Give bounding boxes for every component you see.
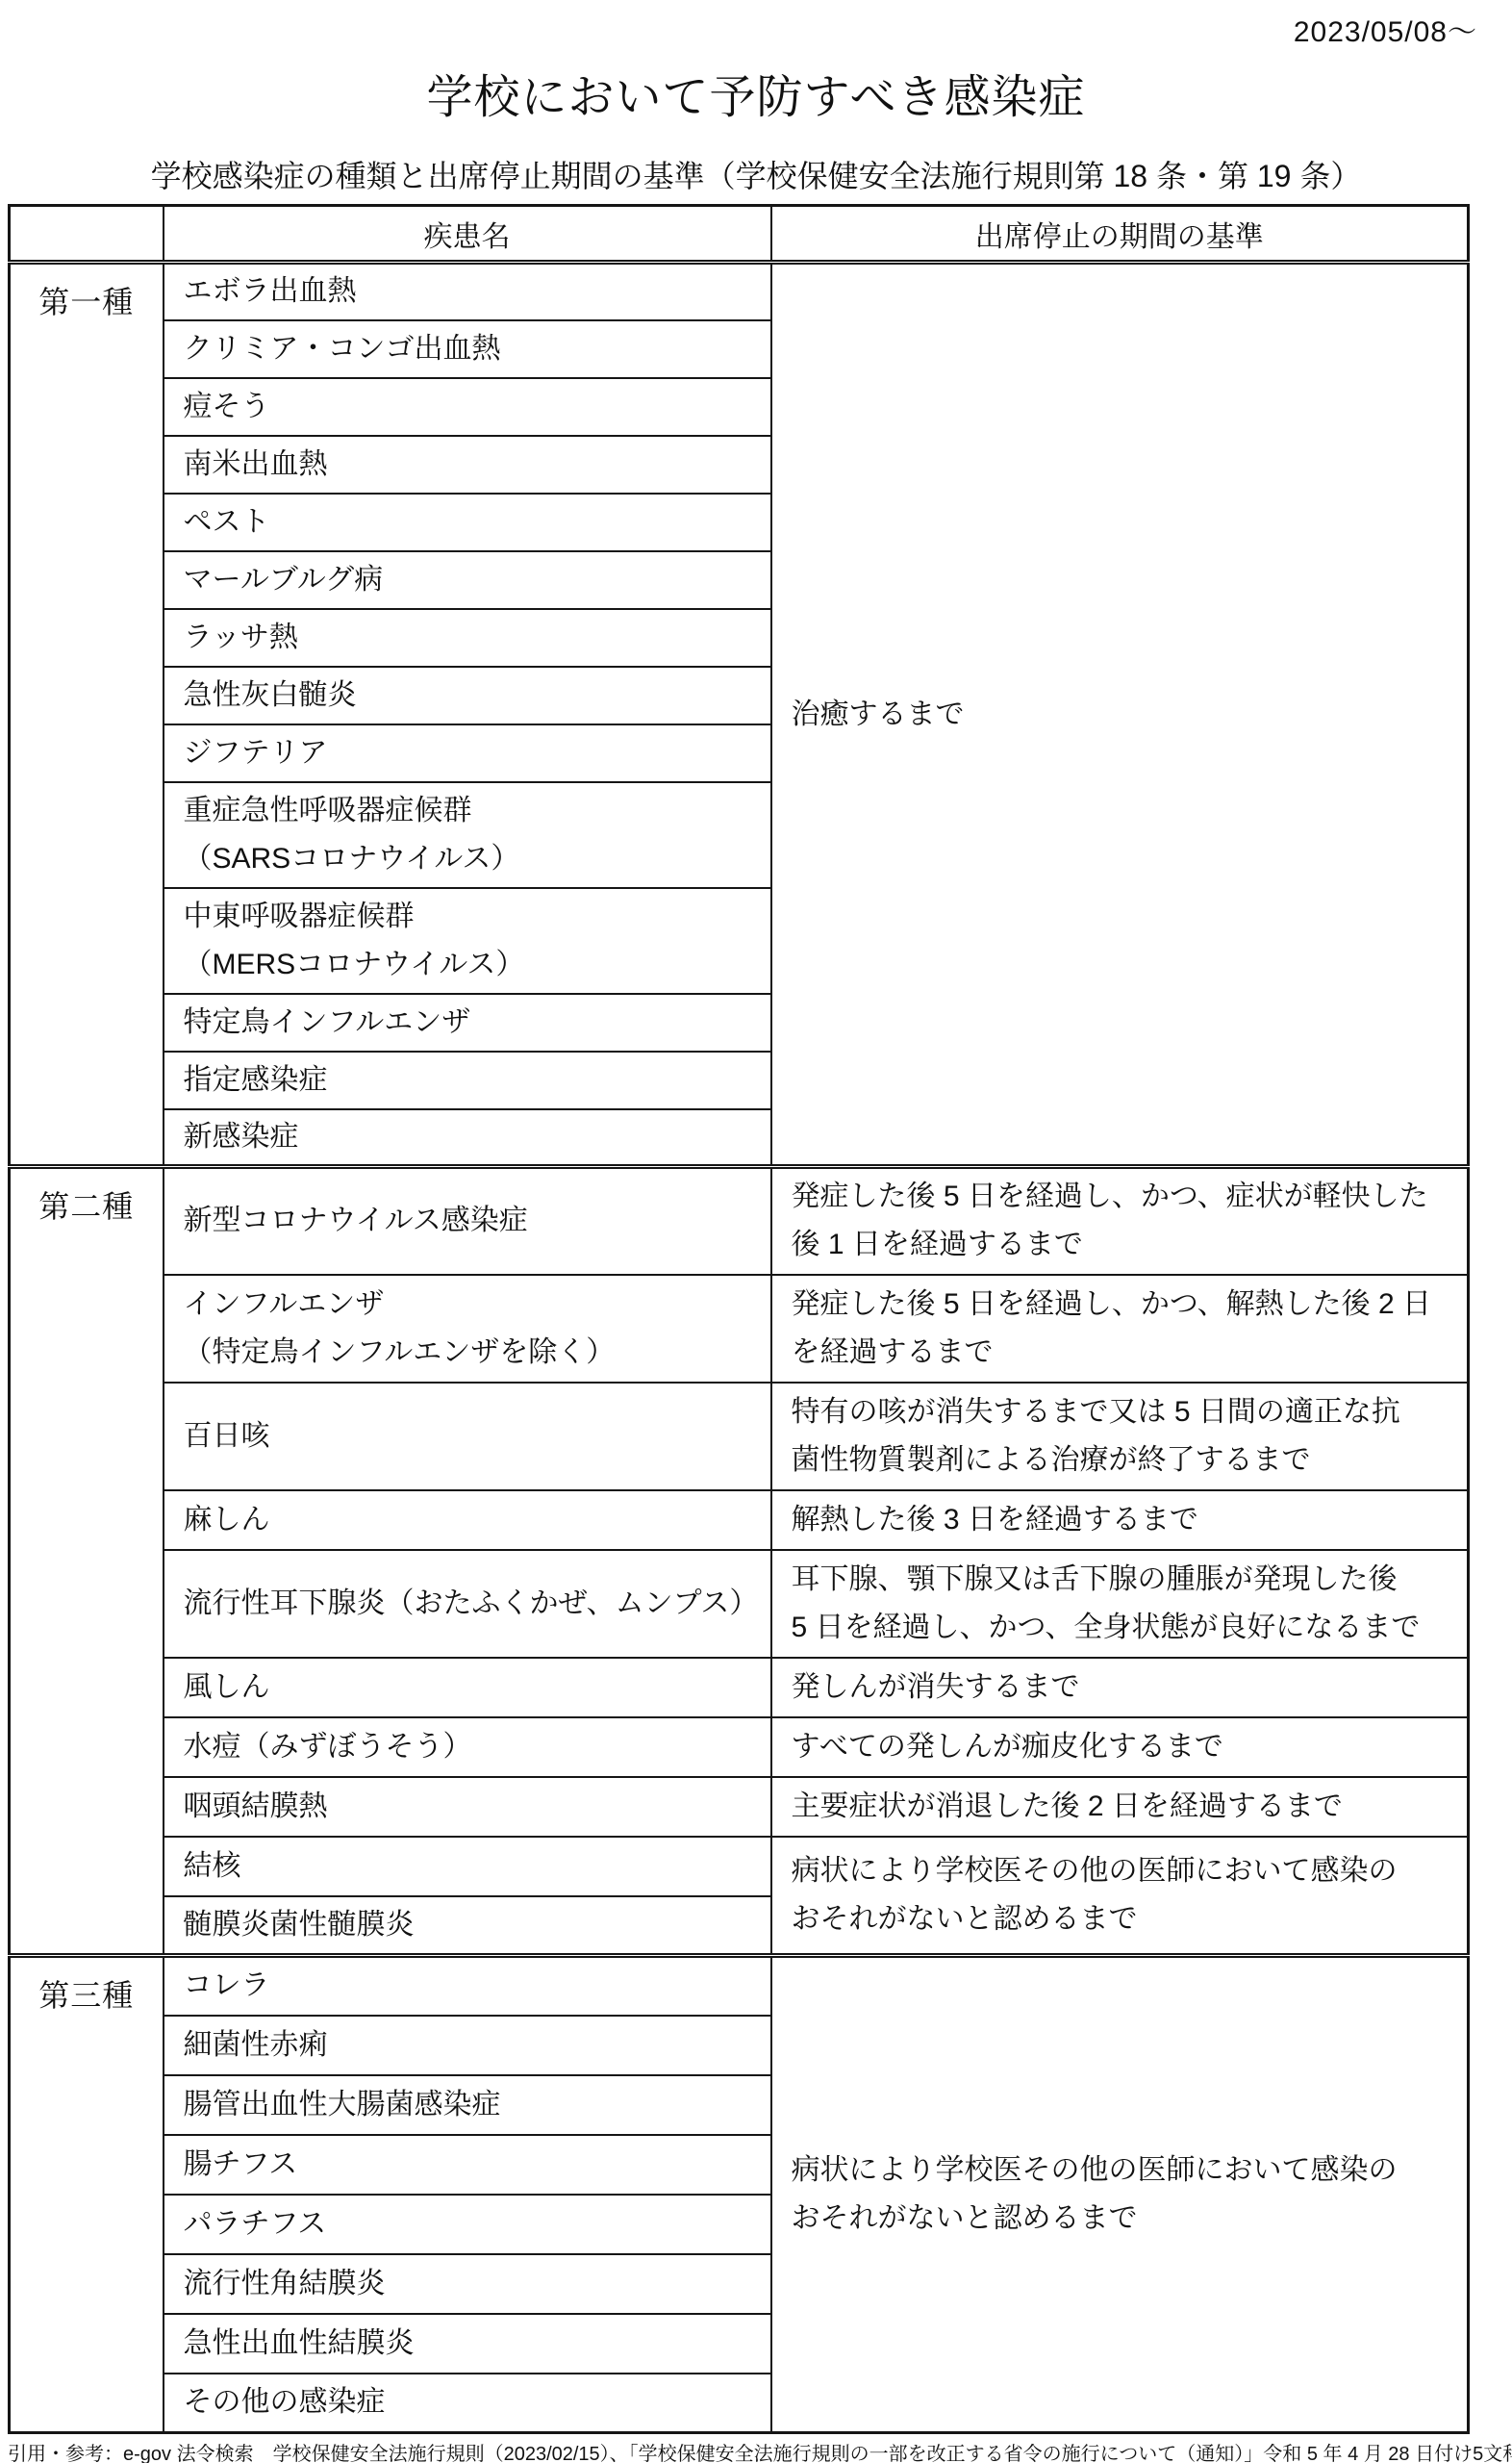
criteria-cell: 病状により学校医その他の医師において感染のおそれがないと認めるまで bbox=[771, 1956, 1469, 2433]
disease-name-line: 重症急性呼吸器症候群 bbox=[184, 787, 770, 835]
disease-cell: 重症急性呼吸器症候群（SARSコロナウイルス） bbox=[164, 782, 771, 888]
criteria-line: 主要症状が消退した後 2 日を経過するまで bbox=[792, 1783, 1462, 1831]
disease-cell: 咽頭結膜熱 bbox=[164, 1777, 771, 1837]
col-header-category bbox=[10, 206, 164, 263]
disease-name-line: 腸管出血性大腸菌感染症 bbox=[184, 2081, 770, 2129]
disease-cell: 南米出血熱 bbox=[164, 436, 771, 494]
disease-cell: 痘そう bbox=[164, 378, 771, 436]
table-row: 第二種新型コロナウイルス感染症発症した後 5 日を経過し、かつ、症状が軽快した後… bbox=[10, 1167, 1469, 1275]
disease-cell: 流行性耳下腺炎（おたふくかぜ、ムンプス） bbox=[164, 1550, 771, 1658]
disease-name-line: インフルエンザ bbox=[184, 1281, 770, 1329]
disease-name-line: パラチフス bbox=[184, 2200, 770, 2248]
disease-cell: 細菌性赤痢 bbox=[164, 2016, 771, 2075]
disease-cell: 結核 bbox=[164, 1837, 771, 1896]
table-row: 咽頭結膜熱主要症状が消退した後 2 日を経過するまで bbox=[10, 1777, 1469, 1837]
disease-cell: 風しん bbox=[164, 1658, 771, 1717]
disease-name-line: 新型コロナウイルス感染症 bbox=[184, 1197, 770, 1245]
disease-name-line: マールブルグ病 bbox=[184, 556, 770, 604]
criteria-cell: 発症した後 5 日を経過し、かつ、症状が軽快した後 1 日を経過するまで bbox=[771, 1167, 1469, 1275]
table-row: 流行性耳下腺炎（おたふくかぜ、ムンプス）耳下腺、顎下腺又は舌下腺の腫脹が発現した… bbox=[10, 1550, 1469, 1658]
citation: 引用・参考：e-gov 法令検索 学校保健安全法施行規則（2023/02/15）… bbox=[8, 2438, 1506, 2463]
disease-cell: ジフテリア bbox=[164, 724, 771, 782]
criteria-cell: 発しんが消失するまで bbox=[771, 1658, 1469, 1717]
table-row: 百日咳特有の咳が消失するまで又は 5 日間の適正な抗菌性物質製剤による治療が終了… bbox=[10, 1383, 1469, 1490]
disease-name-line: 流行性耳下腺炎（おたふくかぜ、ムンプス） bbox=[184, 1580, 770, 1628]
disease-name-line: 麻しん bbox=[184, 1496, 770, 1544]
criteria-line: 発症した後 5 日を経過し、かつ、解熱した後 2 日 bbox=[792, 1281, 1462, 1329]
disease-name-line: 指定感染症 bbox=[184, 1056, 770, 1105]
disease-cell: 麻しん bbox=[164, 1490, 771, 1550]
criteria-line: 解熱した後 3 日を経過するまで bbox=[792, 1496, 1462, 1544]
disease-cell: ペスト bbox=[164, 494, 771, 551]
category-cell: 第二種 bbox=[10, 1167, 164, 1956]
table-row: 麻しん解熱した後 3 日を経過するまで bbox=[10, 1490, 1469, 1550]
col-header-disease: 疾患名 bbox=[164, 206, 771, 263]
disease-cell: 腸チフス bbox=[164, 2135, 771, 2195]
criteria-cell: 治癒するまで bbox=[771, 263, 1469, 1167]
effective-date: 2023/05/08～ bbox=[1294, 8, 1477, 50]
disease-name-line: （MERSコロナウイルス） bbox=[184, 941, 770, 989]
disease-cell: コレラ bbox=[164, 1956, 771, 2016]
table-row: 第一種エボラ出血熱治癒するまで bbox=[10, 263, 1469, 320]
disease-cell: 新感染症 bbox=[164, 1109, 771, 1167]
disease-cell: 急性灰白髄炎 bbox=[164, 667, 771, 724]
disease-cell: エボラ出血熱 bbox=[164, 263, 771, 320]
disease-name-line: 風しん bbox=[184, 1663, 770, 1712]
disease-cell: 特定鳥インフルエンザ bbox=[164, 994, 771, 1052]
disease-name-line: 新感染症 bbox=[184, 1113, 770, 1161]
disease-cell: 流行性角結膜炎 bbox=[164, 2254, 771, 2314]
criteria-line: おそれがないと認めるまで bbox=[792, 1895, 1462, 1943]
page-title: 学校において予防すべき感染症 bbox=[0, 60, 1512, 126]
disease-name-line: 百日咳 bbox=[184, 1412, 770, 1460]
disease-cell: パラチフス bbox=[164, 2195, 771, 2254]
disease-cell: 指定感染症 bbox=[164, 1052, 771, 1109]
criteria-cell: 耳下腺、顎下腺又は舌下腺の腫脹が発現した後5 日を経過し、かつ、全身状態が良好に… bbox=[771, 1550, 1469, 1658]
disease-name-line: （SARSコロナウイルス） bbox=[184, 835, 770, 883]
category-cell: 第一種 bbox=[10, 263, 164, 1167]
disease-name-line: 南米出血熱 bbox=[184, 441, 770, 489]
table-row: インフルエンザ（特定鳥インフルエンザを除く）発症した後 5 日を経過し、かつ、解… bbox=[10, 1275, 1469, 1383]
disease-name-line: 咽頭結膜熱 bbox=[184, 1783, 770, 1831]
disease-name-line: 髄膜炎菌性髄膜炎 bbox=[184, 1901, 770, 1949]
disease-cell: クリミア・コンゴ出血熱 bbox=[164, 320, 771, 378]
table-row: 水痘（みずぼうそう）すべての発しんが痂皮化するまで bbox=[10, 1717, 1469, 1777]
criteria-line: 後 1 日を経過するまで bbox=[792, 1221, 1462, 1269]
header-row: 疾患名 出席停止の期間の基準 bbox=[10, 206, 1469, 263]
disease-cell: マールブルグ病 bbox=[164, 551, 771, 609]
criteria-cell: 発症した後 5 日を経過し、かつ、解熱した後 2 日を経過するまで bbox=[771, 1275, 1469, 1383]
disease-name-line: 結核 bbox=[184, 1842, 770, 1891]
criteria-line: 発しんが消失するまで bbox=[792, 1663, 1462, 1712]
disease-cell: 急性出血性結膜炎 bbox=[164, 2314, 771, 2374]
criteria-line: おそれがないと認めるまで bbox=[792, 2195, 1462, 2243]
disease-cell: 髄膜炎菌性髄膜炎 bbox=[164, 1896, 771, 1956]
disease-name-line: ラッサ熱 bbox=[184, 614, 770, 662]
table-row: 風しん発しんが消失するまで bbox=[10, 1658, 1469, 1717]
criteria-line: すべての発しんが痂皮化するまで bbox=[792, 1723, 1462, 1771]
disease-name-line: ペスト bbox=[184, 498, 770, 546]
disease-cell: 水痘（みずぼうそう） bbox=[164, 1717, 771, 1777]
disease-cell: 腸管出血性大腸菌感染症 bbox=[164, 2075, 771, 2135]
page-subtitle: 学校感染症の種類と出席停止期間の基準（学校保健安全法施行規則第 18 条・第 1… bbox=[0, 152, 1512, 196]
disease-name-line: 急性灰白髄炎 bbox=[184, 672, 770, 720]
disease-name-line: 中東呼吸器症候群 bbox=[184, 893, 770, 941]
disease-name-line: クリミア・コンゴ出血熱 bbox=[184, 325, 770, 373]
disease-name-line: エボラ出血熱 bbox=[184, 267, 770, 316]
table-row: 第三種コレラ病状により学校医その他の医師において感染のおそれがないと認めるまで bbox=[10, 1956, 1469, 2016]
criteria-line: 5 日を経過し、かつ、全身状態が良好になるまで bbox=[792, 1604, 1462, 1652]
disease-name-line: ジフテリア bbox=[184, 729, 770, 777]
attendance-suspension-table: 疾患名 出席停止の期間の基準 第一種エボラ出血熱治癒するまでクリミア・コンゴ出血… bbox=[8, 204, 1470, 2434]
disease-cell: インフルエンザ（特定鳥インフルエンザを除く） bbox=[164, 1275, 771, 1383]
criteria-cell: 病状により学校医その他の医師において感染のおそれがないと認めるまで bbox=[771, 1837, 1469, 1956]
criteria-cell: 解熱した後 3 日を経過するまで bbox=[771, 1490, 1469, 1550]
disease-name-line: 特定鳥インフルエンザ bbox=[184, 999, 770, 1047]
criteria-line: 発症した後 5 日を経過し、かつ、症状が軽快した bbox=[792, 1173, 1462, 1221]
criteria-cell: 主要症状が消退した後 2 日を経過するまで bbox=[771, 1777, 1469, 1837]
disease-name-line: 水痘（みずぼうそう） bbox=[184, 1723, 770, 1771]
disease-cell: 百日咳 bbox=[164, 1383, 771, 1490]
criteria-line: 治癒するまで bbox=[792, 691, 1462, 739]
category-cell: 第三種 bbox=[10, 1956, 164, 2433]
document-page: { "header": { "date": "2023/05/08～", "ti… bbox=[0, 0, 1512, 2463]
disease-cell: 新型コロナウイルス感染症 bbox=[164, 1167, 771, 1275]
criteria-cell: すべての発しんが痂皮化するまで bbox=[771, 1717, 1469, 1777]
disease-name-line: その他の感染症 bbox=[184, 2378, 770, 2426]
col-header-criteria: 出席停止の期間の基準 bbox=[771, 206, 1469, 263]
criteria-line: 菌性物質製剤による治療が終了するまで bbox=[792, 1436, 1462, 1485]
disease-cell: 中東呼吸器症候群（MERSコロナウイルス） bbox=[164, 888, 771, 994]
criteria-cell: 特有の咳が消失するまで又は 5 日間の適正な抗菌性物質製剤による治療が終了するま… bbox=[771, 1383, 1469, 1490]
criteria-line: を経過するまで bbox=[792, 1329, 1462, 1377]
disease-name-line: 痘そう bbox=[184, 383, 770, 431]
disease-name-line: 流行性角結膜炎 bbox=[184, 2260, 770, 2308]
disease-cell: その他の感染症 bbox=[164, 2374, 771, 2433]
criteria-line: 特有の咳が消失するまで又は 5 日間の適正な抗 bbox=[792, 1388, 1462, 1436]
table-row: 結核病状により学校医その他の医師において感染のおそれがないと認めるまで bbox=[10, 1837, 1469, 1896]
criteria-line: 病状により学校医その他の医師において感染の bbox=[792, 1847, 1462, 1895]
disease-name-line: 細菌性赤痢 bbox=[184, 2021, 770, 2069]
criteria-line: 耳下腺、顎下腺又は舌下腺の腫脹が発現した後 bbox=[792, 1556, 1462, 1604]
criteria-line: 病状により学校医その他の医師において感染の bbox=[792, 2146, 1462, 2195]
disease-cell: ラッサ熱 bbox=[164, 609, 771, 667]
disease-name-line: コレラ bbox=[184, 1962, 770, 2010]
disease-name-line: 腸チフス bbox=[184, 2141, 770, 2189]
disease-name-line: （特定鳥インフルエンザを除く） bbox=[184, 1329, 770, 1377]
disease-name-line: 急性出血性結膜炎 bbox=[184, 2320, 770, 2368]
